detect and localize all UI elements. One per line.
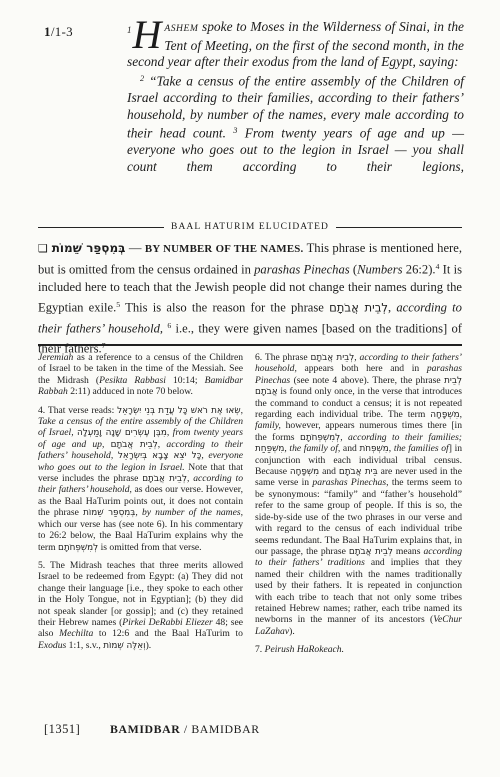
book-title: BAMIDBAR / BAMIDBAR xyxy=(110,722,260,737)
section-header-label: BAAL HATURIM ELUCIDATED xyxy=(171,222,329,232)
footnotes-right-column: 6. The phrase לְבֵית אֲבֹתָם, according … xyxy=(255,352,462,663)
footnote-6: 6. The phrase לְבֵית אֲבֹתָם, according … xyxy=(255,352,462,637)
footnote-5: 5. The Midrash teaches that three merits… xyxy=(38,560,243,651)
page-number: [1351] xyxy=(44,722,80,737)
baal-haturim-commentary-paragraph: ❑ בְּמִסְפַּר שֵׁמוֹת — BY NUMBER OF THE… xyxy=(38,240,462,358)
footnotes-divider-rule xyxy=(38,344,462,346)
book-title-hebrew-name: BAMIDBAR xyxy=(110,722,180,736)
footnotes-left-column: Jeremiah as a reference to a census of t… xyxy=(38,352,243,663)
drop-cap-letter: H xyxy=(133,12,162,57)
footnote-continuation: Jeremiah as a reference to a census of t… xyxy=(38,352,243,398)
translation-paragraph-1: 1HASHEM spoke to Moses in the Wilderness… xyxy=(127,19,464,71)
translation-paragraph-2: 2 “Take a census of the entire assembly … xyxy=(127,71,464,176)
footnotes-section: Jeremiah as a reference to a census of t… xyxy=(38,352,462,663)
book-title-transliteration: / BAMIDBAR xyxy=(180,722,259,736)
footnote-7: 7. Peirush HaRokeach. xyxy=(255,644,462,655)
divine-name-smallcaps: ASHEM xyxy=(164,23,198,34)
book-page: 1/1-3 1HASHEM spoke to Moses in the Wild… xyxy=(0,0,500,777)
verse-reference: 1/1-3 xyxy=(44,24,73,40)
divider-rule-left xyxy=(38,227,164,228)
footnote-4: 4. That verse reads: שְׂאוּ אֶת רֹאשׁ כָ… xyxy=(38,405,243,553)
drop-cap: 1H xyxy=(127,19,164,53)
section-divider-header: BAAL HATURIM ELUCIDATED xyxy=(38,221,462,233)
torah-translation: 1HASHEM spoke to Moses in the Wilderness… xyxy=(127,19,464,175)
divider-rule-right xyxy=(336,227,462,228)
